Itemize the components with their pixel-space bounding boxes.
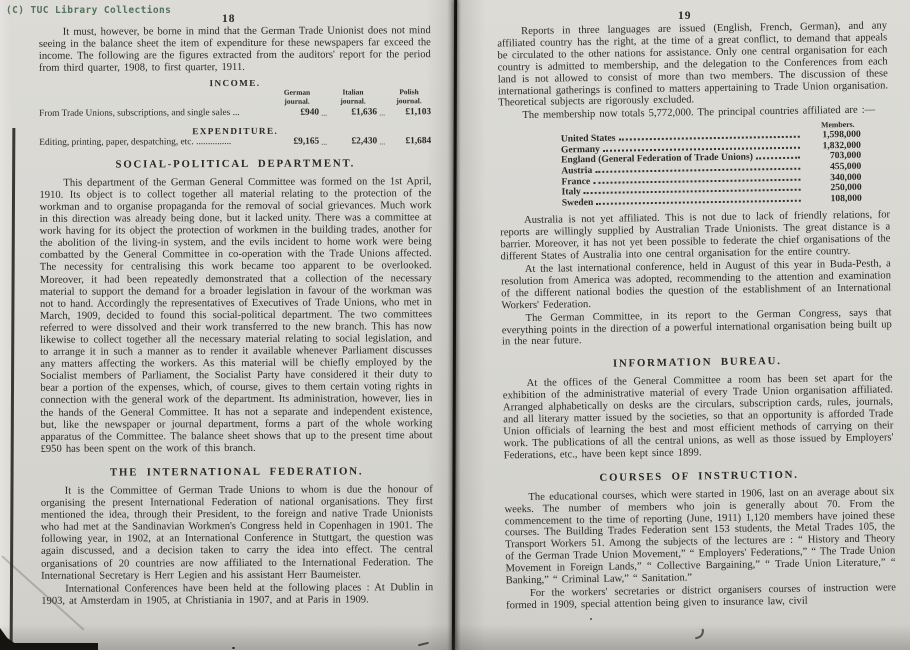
page-number-left: 18 bbox=[222, 13, 236, 25]
income-value-polish: £1,103 bbox=[387, 107, 431, 117]
paragraph-budapest: At the last international conference, he… bbox=[501, 258, 892, 312]
right-page: Reports in three languages are issued (E… bbox=[497, 20, 896, 613]
expenditure-heading: EXPENDITURE. bbox=[39, 125, 431, 137]
left-page: It must, however, be borne in mind that … bbox=[39, 25, 434, 609]
dotted-leader bbox=[593, 178, 800, 183]
paragraph-reports: Reports in three languages are issued (E… bbox=[497, 20, 888, 109]
dotted-leader bbox=[756, 157, 800, 160]
paragraph-courses-2: For the workers' secretaries or district… bbox=[506, 582, 896, 612]
page-number-right: 19 bbox=[678, 10, 692, 22]
income-row: German journal. Italian journal. Polish … bbox=[39, 89, 431, 119]
income-value-german: £940 bbox=[275, 107, 319, 117]
book-scan: (C) TUC Library Collections 18 19 It mus… bbox=[0, 0, 910, 650]
paragraph-german-committee: The German Committee, in its report to t… bbox=[502, 307, 893, 349]
income-label: From Trade Unions, subscriptions, and si… bbox=[39, 108, 275, 119]
paragraph-international-2: International Conferences have been held… bbox=[41, 582, 433, 608]
dotted-leader bbox=[584, 189, 801, 194]
expenditure-label: Editing, printing, paper, despatching, e… bbox=[39, 137, 275, 148]
scan-speck bbox=[590, 618, 592, 620]
income-value-italian: £1,636 bbox=[329, 107, 377, 117]
expenditure-value-italian: £2,430 bbox=[329, 136, 377, 146]
dots-separator: ... bbox=[319, 137, 329, 146]
income-heading: INCOME. bbox=[39, 78, 431, 90]
scan-speck bbox=[232, 647, 235, 649]
section-heading-information-bureau: INFORMATION BUREAU. bbox=[502, 354, 892, 372]
expenditure-value-polish: £1,684 bbox=[387, 136, 431, 146]
dotted-leader bbox=[596, 200, 801, 205]
bottom-scan-shadow bbox=[0, 624, 910, 650]
paragraph-courses-1: The educational courses, which were star… bbox=[504, 486, 895, 587]
column-header-italian: Italian journal. bbox=[329, 89, 377, 108]
paragraph-information-bureau: At the offices of the General Committee … bbox=[503, 373, 894, 462]
paragraph-intro: It must, however, be borne in mind that … bbox=[39, 25, 431, 75]
members-value: 108,000 bbox=[804, 194, 862, 206]
dotted-leader bbox=[595, 168, 800, 173]
section-heading-courses: COURSES OF INSTRUCTION. bbox=[504, 467, 894, 485]
paragraph-social-political: This department of the German General Co… bbox=[39, 176, 432, 456]
expenditure-value-german: £9,165 bbox=[275, 136, 319, 146]
column-header-german: German journal. bbox=[275, 89, 319, 108]
country-label: Sweden bbox=[562, 198, 594, 209]
dots-separator: ... bbox=[319, 108, 329, 117]
column-header-polish: Polish journal. bbox=[387, 89, 431, 108]
section-heading-social-political: SOCIAL-POLITICAL DEPARTMENT. bbox=[39, 157, 431, 171]
dotted-leader bbox=[618, 136, 799, 141]
dotted-leader bbox=[603, 147, 800, 152]
expenditure-row: Editing, printing, paper, despatching, e… bbox=[39, 136, 431, 148]
paragraph-australia: Australia is not yet affiliated. This is… bbox=[500, 210, 891, 264]
section-heading-international-federation: THE INTERNATIONAL FEDERATION. bbox=[41, 465, 433, 479]
paragraph-international-1: It is the Committee of German Trade Unio… bbox=[41, 484, 433, 582]
members-table: Members. United States 1,598,000 Germany… bbox=[561, 120, 862, 209]
journal-accounts-table: INCOME. German journal. Italian journal.… bbox=[39, 78, 431, 148]
copyright-watermark: (C) TUC Library Collections bbox=[6, 5, 171, 16]
dots-separator: ... bbox=[377, 108, 387, 117]
dots-separator: ... bbox=[377, 137, 387, 146]
